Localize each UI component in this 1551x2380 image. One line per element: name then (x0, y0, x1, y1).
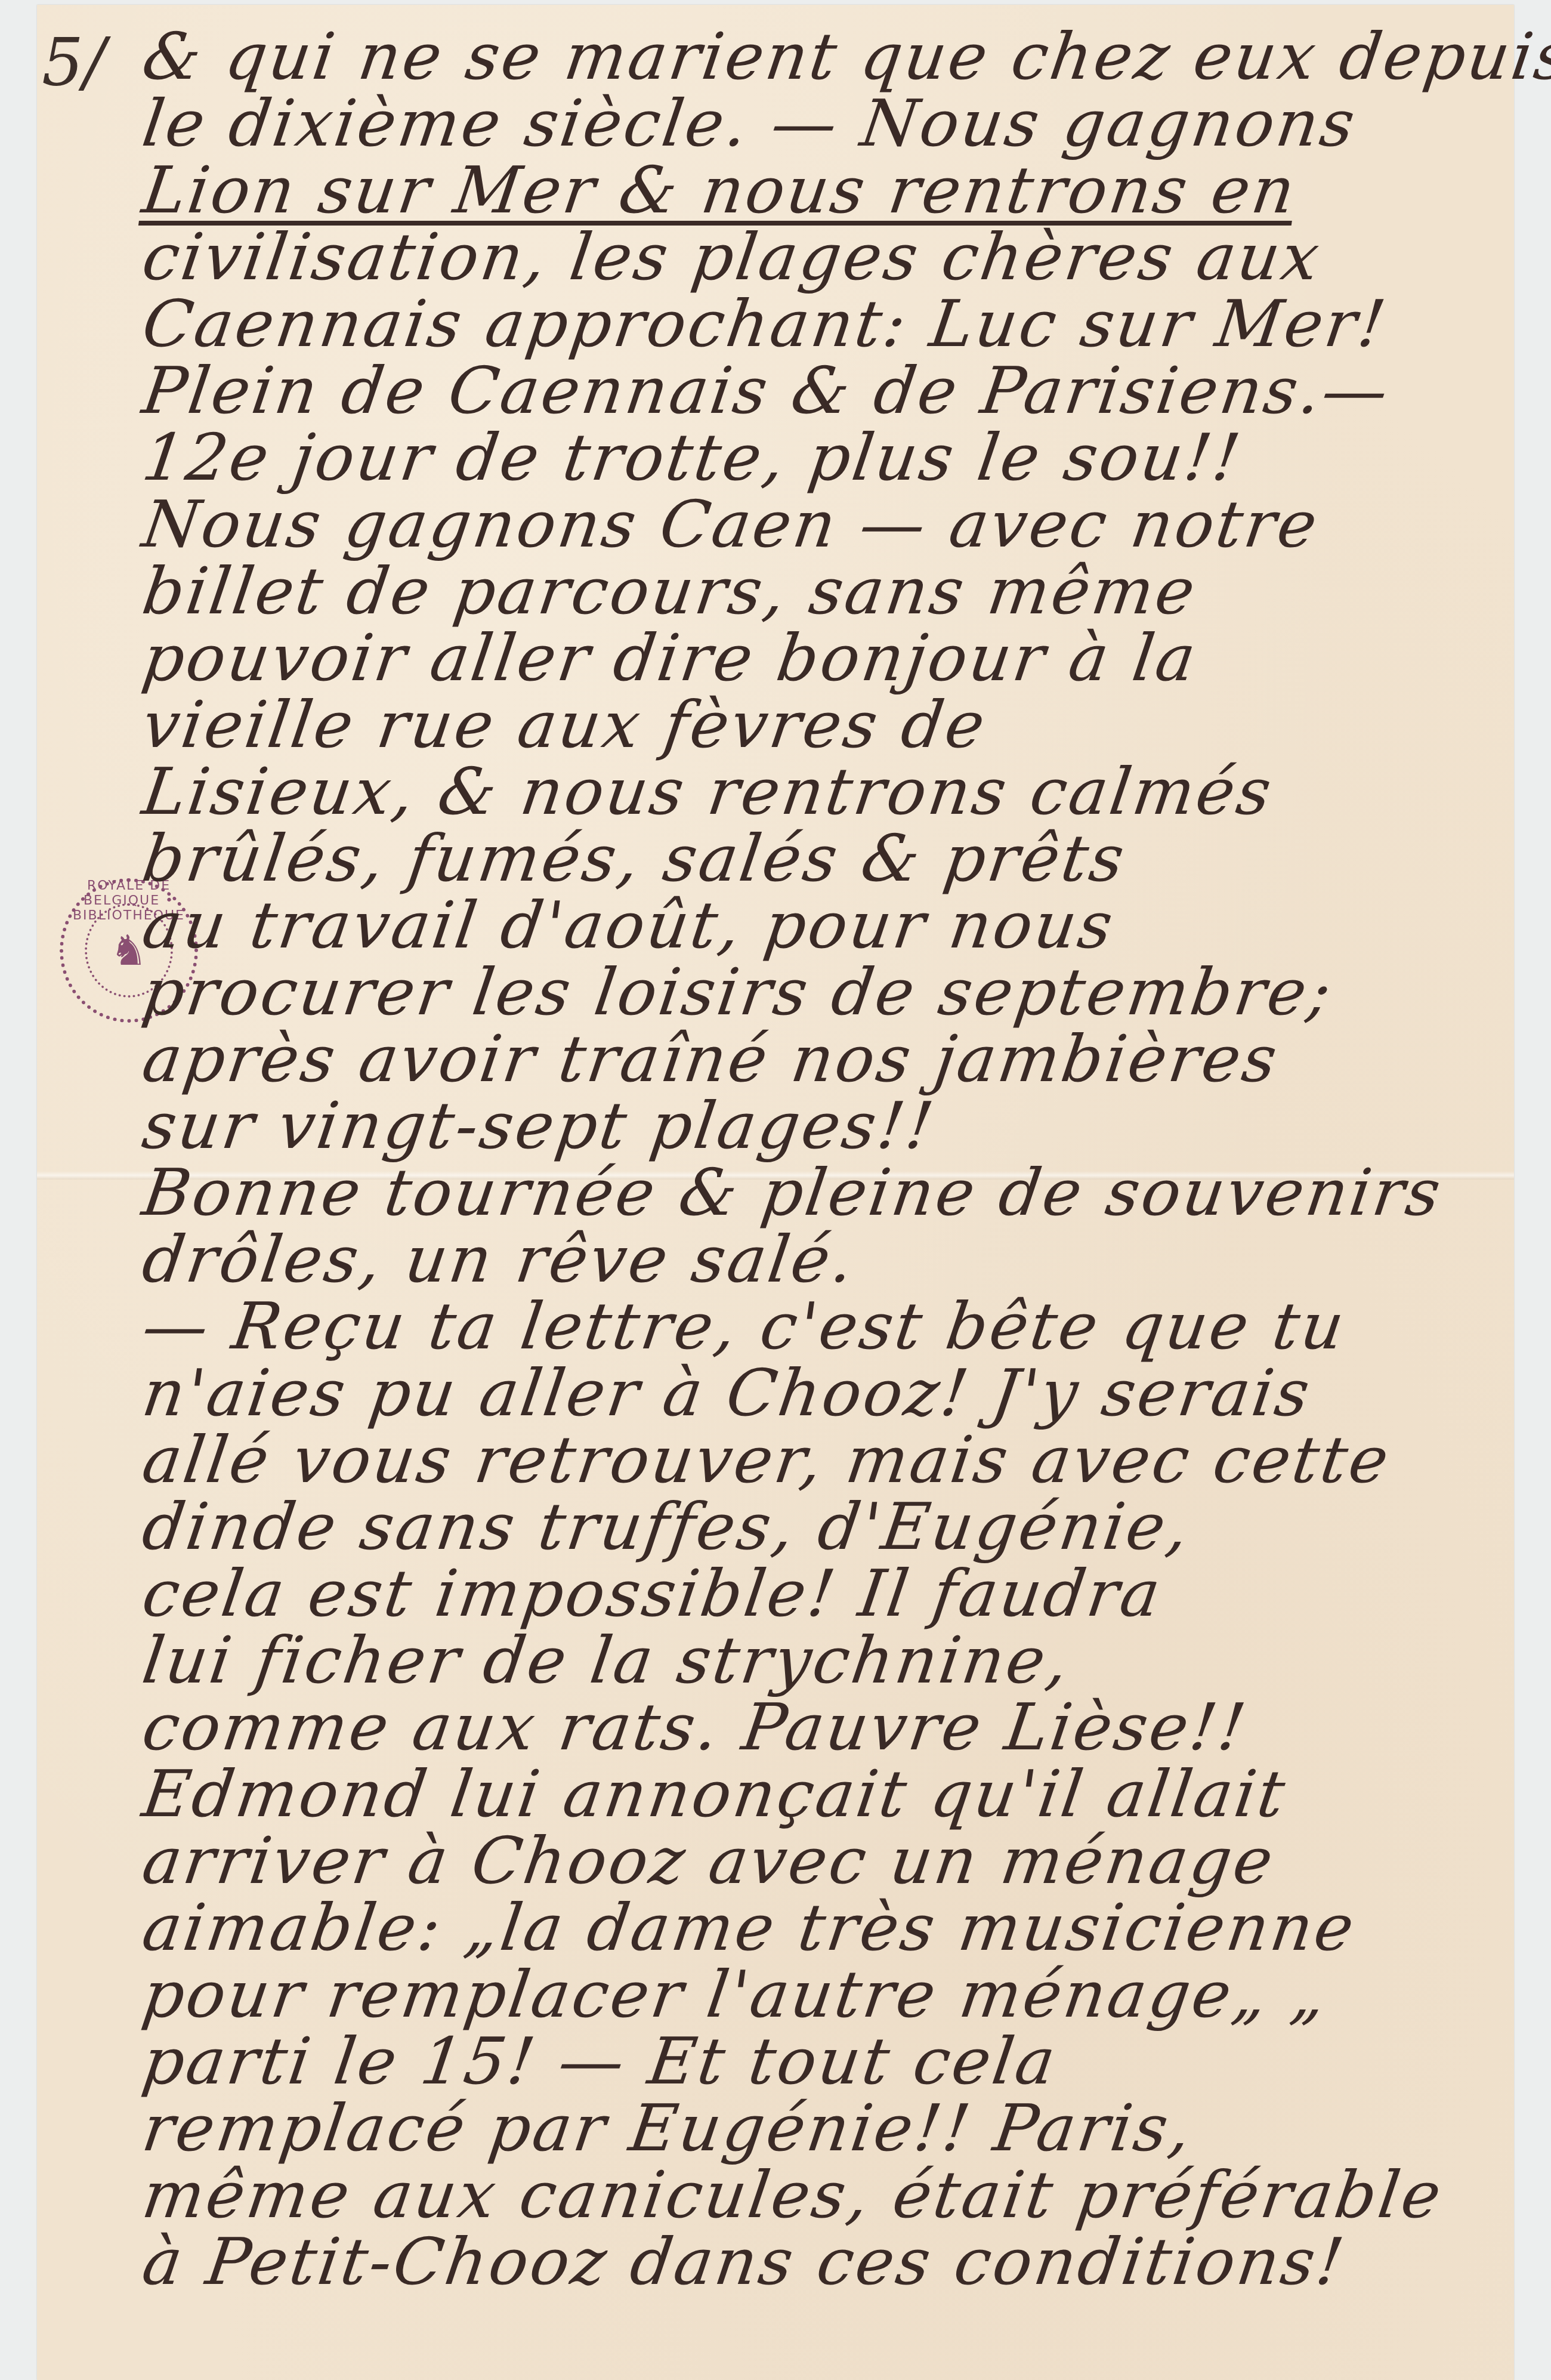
text-line: pour remplacer l'autre ménage„ „ (138, 1962, 1508, 2029)
handwritten-text: & qui ne se marient que chez eux depuis … (143, 24, 1503, 2296)
text-line: même aux canicules, était préférable (138, 2162, 1508, 2229)
text-line: allé vous retrouver, mais avec cette (138, 1427, 1508, 1494)
text-line: Bonne tournée & pleine de souvenirs (138, 1160, 1508, 1227)
text-line: remplacé par Eugénie!! Paris, (138, 2095, 1508, 2162)
text-line: pouvoir aller dire bonjour à la (138, 625, 1508, 692)
text-line: dinde sans truffes, d'Eugénie, (138, 1494, 1508, 1561)
text-line: aimable: „la dame très musicienne (138, 1895, 1508, 1962)
text-line: à Petit-Chooz dans ces conditions! (138, 2229, 1508, 2296)
text-line: & qui ne se marient que chez eux depuis (138, 24, 1508, 91)
text-line: drôles, un rêve salé. (138, 1227, 1508, 1294)
page-marker: 5/ (42, 24, 106, 100)
text-line: brûlés, fumés, salés & prêts (138, 826, 1508, 893)
text-line: comme aux rats. Pauvre Lièse!! (138, 1694, 1508, 1761)
text-line: procurer les loisirs de septembre; (138, 959, 1508, 1026)
text-line: n'aies pu aller à Chooz! J'y serais (138, 1360, 1508, 1427)
text-line: billet de parcours, sans même (138, 558, 1508, 625)
text-line: au travail d'août, pour nous (138, 893, 1508, 959)
text-line: arriver à Chooz avec un ménage (138, 1828, 1508, 1895)
text-line: civilisation, les plages chères aux (138, 224, 1508, 291)
text-line: après avoir traîné nos jambières (138, 1026, 1508, 1093)
text-line: parti le 15! — Et tout cela (138, 2029, 1508, 2095)
text-line: Plein de Caennais & de Parisiens.— (138, 358, 1508, 425)
text-line: lui ficher de la strychnine, (138, 1628, 1508, 1694)
text-line: — Reçu ta lettre, c'est bête que tu (138, 1294, 1508, 1360)
text-line: Edmond lui annonçait qu'il allait (138, 1761, 1508, 1828)
text-line: Lisieux, & nous rentrons calmés (138, 759, 1508, 826)
text-line: 12e jour de trotte, plus le sou!! (138, 425, 1508, 492)
text-line: le dixième siècle. — Nous gagnons (138, 91, 1508, 158)
text-line: cela est impossible! Il faudra (138, 1561, 1508, 1628)
text-line: Caennais approchant: Luc sur Mer! (138, 291, 1508, 358)
text-line: sur vingt-sept plages!! (138, 1093, 1508, 1160)
text-line: vieille rue aux fèvres de (138, 692, 1508, 759)
text-line: Nous gagnons Caen — avec notre (138, 492, 1508, 558)
text-line: Lion sur Mer & nous rentrons en (138, 158, 1508, 224)
